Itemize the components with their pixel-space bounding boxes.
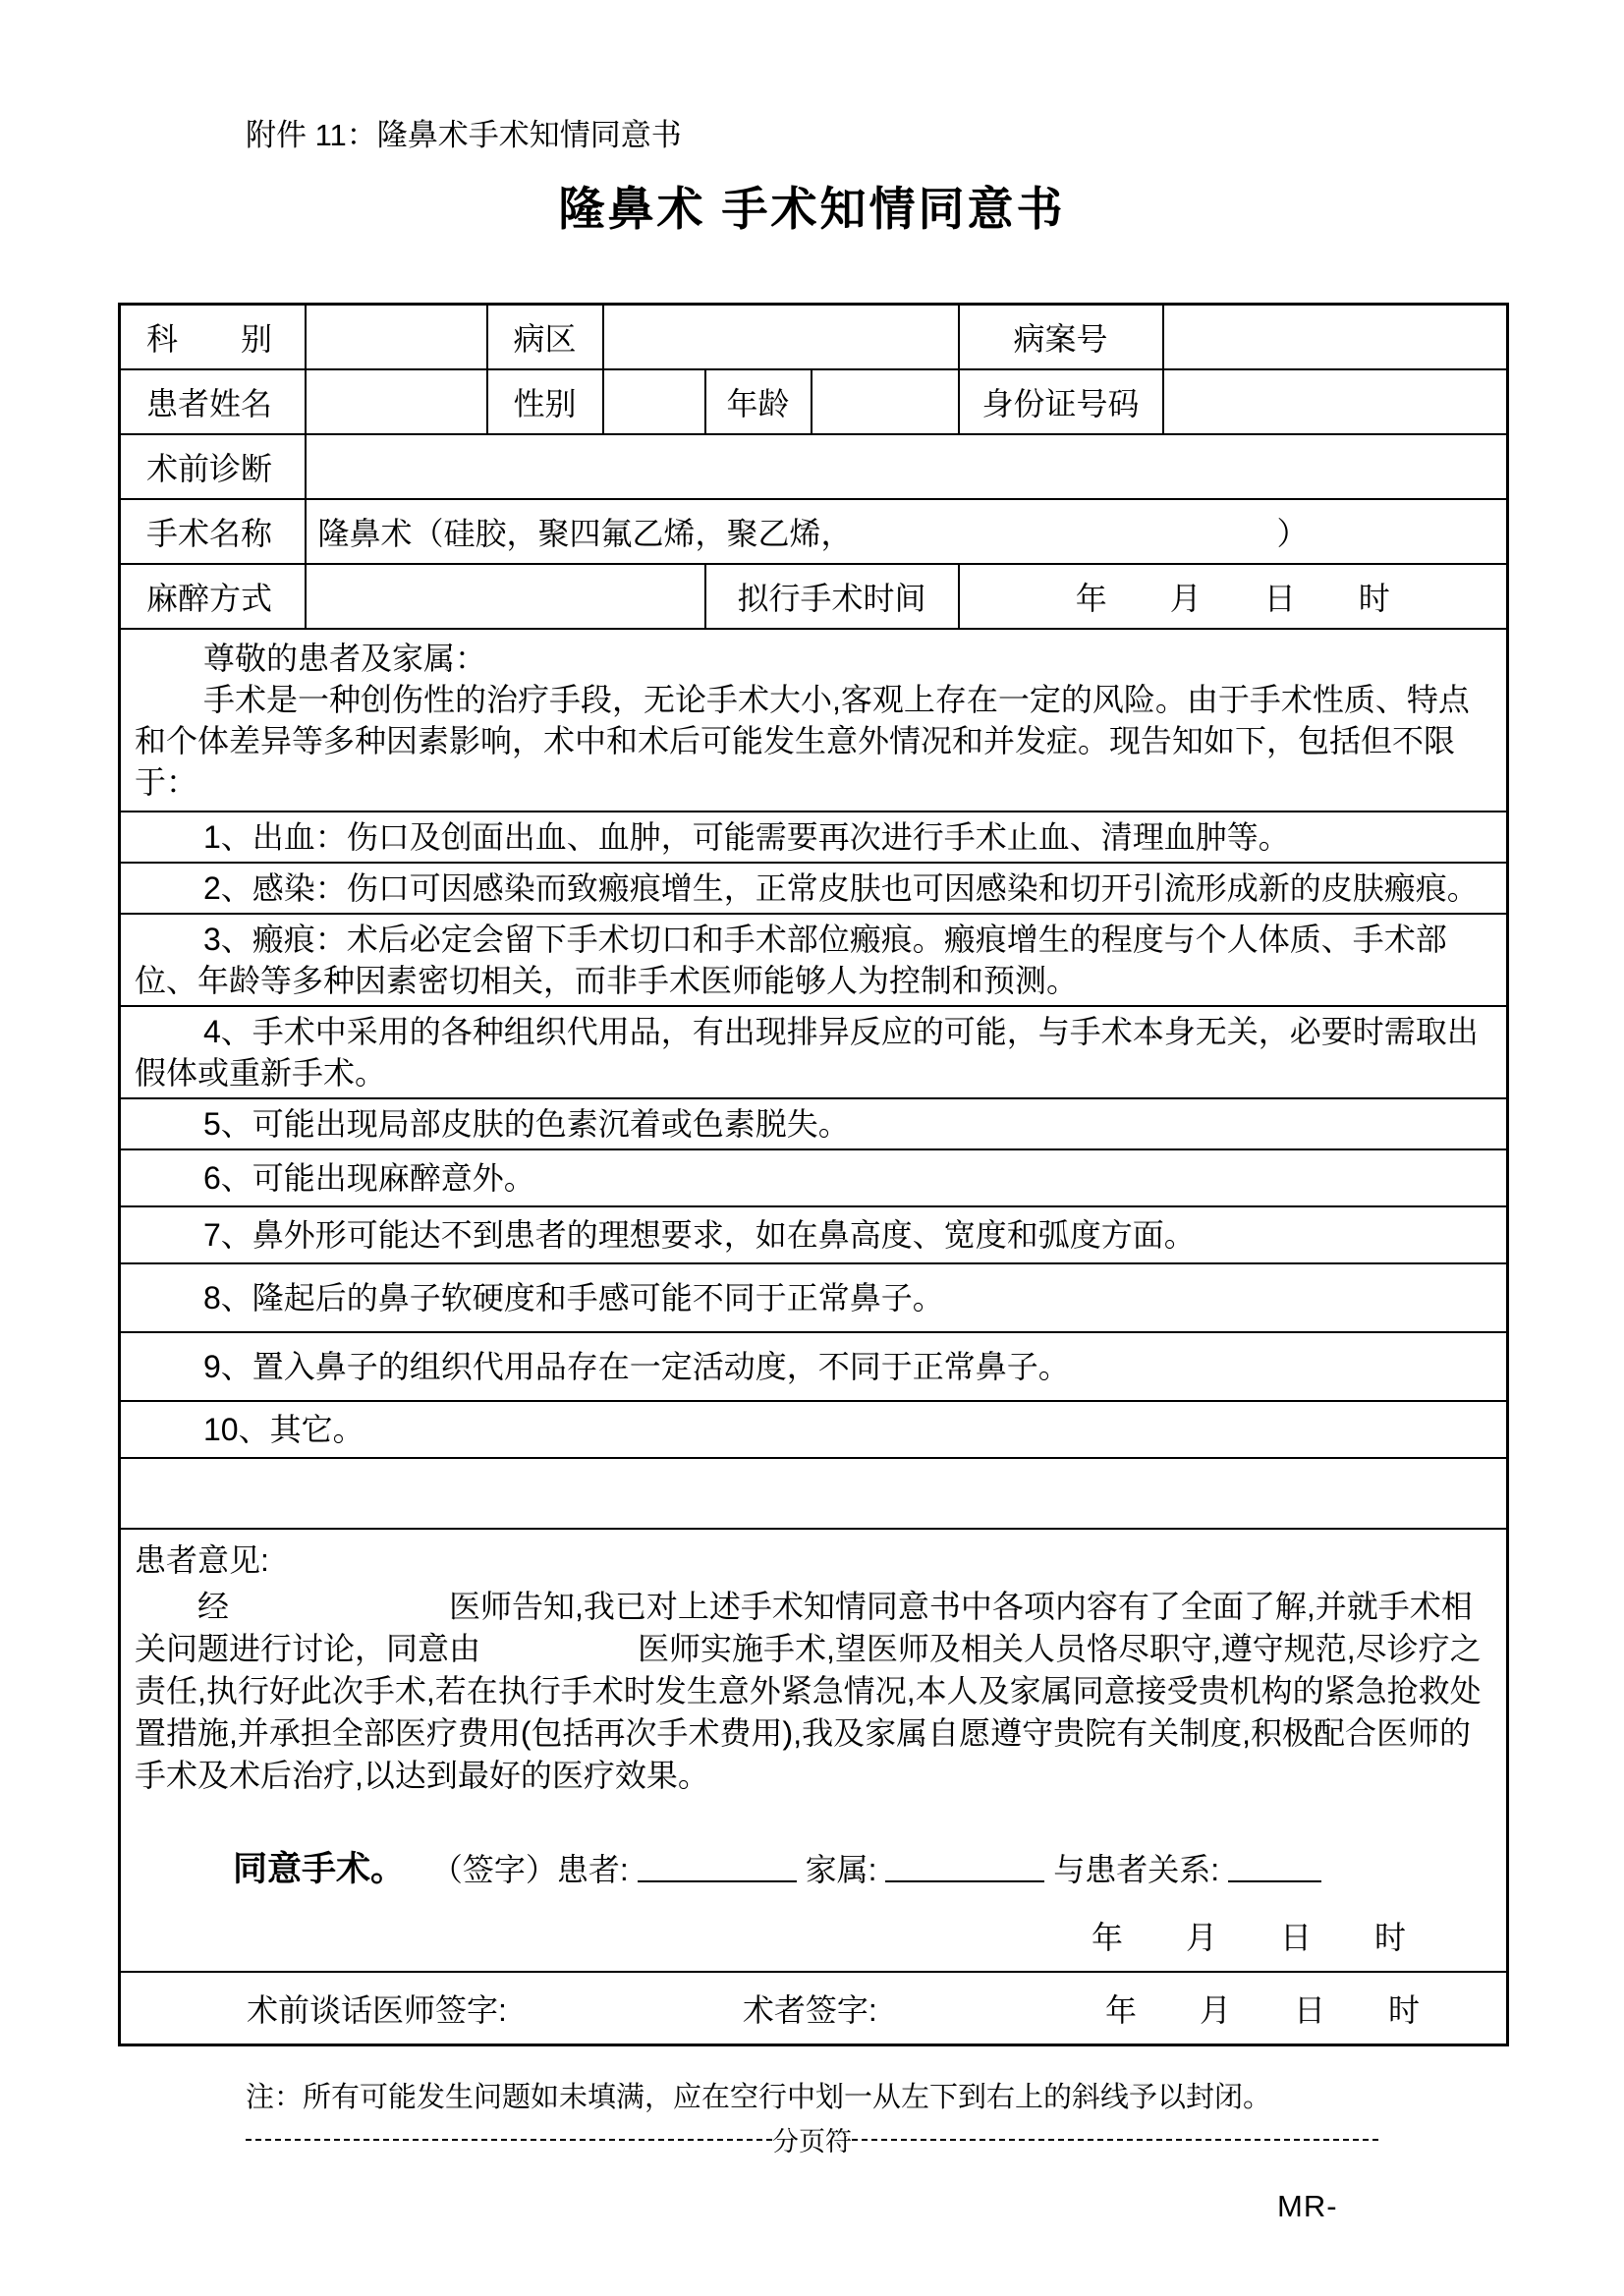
attachment-label: 附件 11：隆鼻术手术知情同意书 [246,110,682,154]
anesthesia-label: 麻醉方式 [120,564,306,629]
risk-item-7: 7、鼻外形可能达不到患者的理想要求，如在鼻高度、宽度和弧度方面。 [120,1206,1508,1263]
risk-item-2: 2、感染：伤口可因感染而致瘢痕增生，正常皮肤也可因感染和切开引流形成新的皮肤瘢痕… [120,863,1508,914]
age-value-cell[interactable] [812,369,959,434]
planned-time-value-cell[interactable]: 年 月 日 时 [959,564,1508,629]
table-row: 10、其它。 [120,1401,1508,1458]
case-no-label: 病案号 [959,305,1163,370]
intro-paragraph: 手术是一种创伤性的治疗手段，无论手术大小,客观上存在一定的风险。由于手术性质、特… [135,679,1492,803]
agree-signature-line: 同意手术。 （签字）患者: 家属: 与患者关系: [233,1848,1492,1891]
patient-name-value-cell[interactable] [306,369,487,434]
table-row: 6、可能出现麻醉意外。 [120,1149,1508,1206]
surgery-name-label: 手术名称 [120,499,306,564]
risk-item-3: 3、瘢痕：术后必定会留下手术切口和手术部位瘢痕。瘢痕增生的程度与个人体质、手术部… [120,914,1508,1006]
table-row: 术前诊断 [120,434,1508,499]
table-row: 5、可能出现局部皮肤的色素沉着或色素脱失。 [120,1098,1508,1149]
opinion-date-line: 年 月 日 时 [135,1917,1492,1959]
risk-item-8: 8、隆起后的鼻子软硬度和手感可能不同于正常鼻子。 [120,1263,1508,1332]
risk-item-10: 10、其它。 [120,1401,1508,1458]
relation-blank[interactable] [1228,1851,1321,1882]
signature-date-line: 年 月 日 时 [1105,1986,1420,2031]
table-row: 9、置入鼻子的组织代用品存在一定活动度，不同于正常鼻子。 [120,1332,1508,1401]
anesthesia-value-cell[interactable] [306,564,705,629]
table-row: 患者意见: 经 医师告知,我已对上述手术知情同意书中各项内容有了全面了解,并就手… [120,1529,1508,1972]
dept-value-cell[interactable] [306,305,487,370]
table-row: 1、出血：伤口及创面出血、血肿，可能需要再次进行手术止血、清理血肿等。 [120,812,1508,863]
gender-value-cell[interactable] [603,369,705,434]
planned-time-label: 拟行手术时间 [705,564,959,629]
table-row: 4、手术中采用的各种组织代用品，有出现排异反应的可能，与手术本身无关，必要时需取… [120,1006,1508,1098]
agree-surgery-label: 同意手术。 [233,1850,405,1888]
page-break-divider: 分页符 [246,2120,1378,2158]
blank-row-cell[interactable] [120,1458,1508,1529]
surgery-name-value-cell[interactable]: 隆鼻术（硅胶，聚四氟乙烯，聚乙烯， ） [306,499,1508,564]
risk-item-5: 5、可能出现局部皮肤的色素沉着或色素脱失。 [120,1098,1508,1149]
risk-item-1: 1、出血：伤口及创面出血、血肿，可能需要再次进行手术止血、清理血肿等。 [120,812,1508,863]
consent-form-table: 科 别 病区 病案号 患者姓名 性别 年龄 身份证号码 术前诊断 手术名称 隆鼻… [118,303,1509,2046]
opinion-paragraph: 经 医师告知,我已对上述手术知情同意书中各项内容有了全面了解,并就手术相关问题进… [135,1586,1492,1797]
id-number-value-cell[interactable] [1163,369,1508,434]
table-row: 术前谈话医师签字: 术者签字: 年 月 日 时 [120,1972,1508,2045]
salutation: 尊敬的患者及家属： [135,638,1492,679]
id-number-label: 身份证号码 [959,369,1163,434]
ward-label: 病区 [487,305,603,370]
age-label: 年龄 [705,369,812,434]
patient-name-label: 患者姓名 [120,369,306,434]
family-sign-label: 家属: [806,1852,877,1887]
table-row: 尊敬的患者及家属： 手术是一种创伤性的治疗手段，无论手术大小,客观上存在一定的风… [120,629,1508,812]
page-break-label: 分页符 [772,2120,852,2158]
table-row: 手术名称 隆鼻术（硅胶，聚四氟乙烯，聚乙烯， ） [120,499,1508,564]
footer-note: 注：所有可能发生问题如未填满，应在空行中划一从左下到右上的斜线予以封闭。 [246,2075,1271,2115]
table-row: 8、隆起后的鼻子软硬度和手感可能不同于正常鼻子。 [120,1263,1508,1332]
patient-opinion-cell: 患者意见: 经 医师告知,我已对上述手术知情同意书中各项内容有了全面了解,并就手… [120,1529,1508,1972]
consent-intro-cell: 尊敬的患者及家属： 手术是一种创伤性的治疗手段，无论手术大小,客观上存在一定的风… [120,629,1508,812]
risk-item-4: 4、手术中采用的各种组织代用品，有出现排异反应的可能，与手术本身无关，必要时需取… [120,1006,1508,1098]
consent-form-page: 附件 11：隆鼻术手术知情同意书 隆鼻术 手术知情同意书 科 别 病区 病案号 … [0,0,1624,2296]
table-row: 麻醉方式 拟行手术时间 年 月 日 时 [120,564,1508,629]
ward-value-cell[interactable] [603,305,959,370]
dept-label: 科 别 [120,305,306,370]
relation-label: 与患者关系: [1053,1852,1219,1887]
patient-sign-label: （签字）患者: [431,1852,629,1887]
diagnosis-label: 术前诊断 [120,434,306,499]
table-row: 7、鼻外形可能达不到患者的理想要求，如在鼻高度、宽度和弧度方面。 [120,1206,1508,1263]
patient-opinion-label: 患者意见: [135,1540,1492,1582]
pre-op-doctor-sign-label: 术前谈话医师签字: [247,1986,507,2031]
gender-label: 性别 [487,369,603,434]
family-signature-blank[interactable] [885,1851,1044,1882]
patient-signature-blank[interactable] [638,1851,797,1882]
table-row: 2、感染：伤口可因感染而致瘢痕增生，正常皮肤也可因感染和切开引流形成新的皮肤瘢痕… [120,863,1508,914]
table-row: 3、瘢痕：术后必定会留下手术切口和手术部位瘢痕。瘢痕增生的程度与个人体质、手术部… [120,914,1508,1006]
risk-item-6: 6、可能出现麻醉意外。 [120,1149,1508,1206]
page-code: MR- [1277,2189,1338,2224]
diagnosis-value-cell[interactable] [306,434,1508,499]
page-title: 隆鼻术 手术知情同意书 [0,173,1624,239]
table-row [120,1458,1508,1529]
doctor-signature-cell: 术前谈话医师签字: 术者签字: 年 月 日 时 [120,1972,1508,2045]
surgeon-sign-label: 术者签字: [743,1986,877,2031]
risk-item-9: 9、置入鼻子的组织代用品存在一定活动度，不同于正常鼻子。 [120,1332,1508,1401]
table-row: 科 别 病区 病案号 [120,305,1508,370]
table-row: 患者姓名 性别 年龄 身份证号码 [120,369,1508,434]
case-no-value-cell[interactable] [1163,305,1508,370]
